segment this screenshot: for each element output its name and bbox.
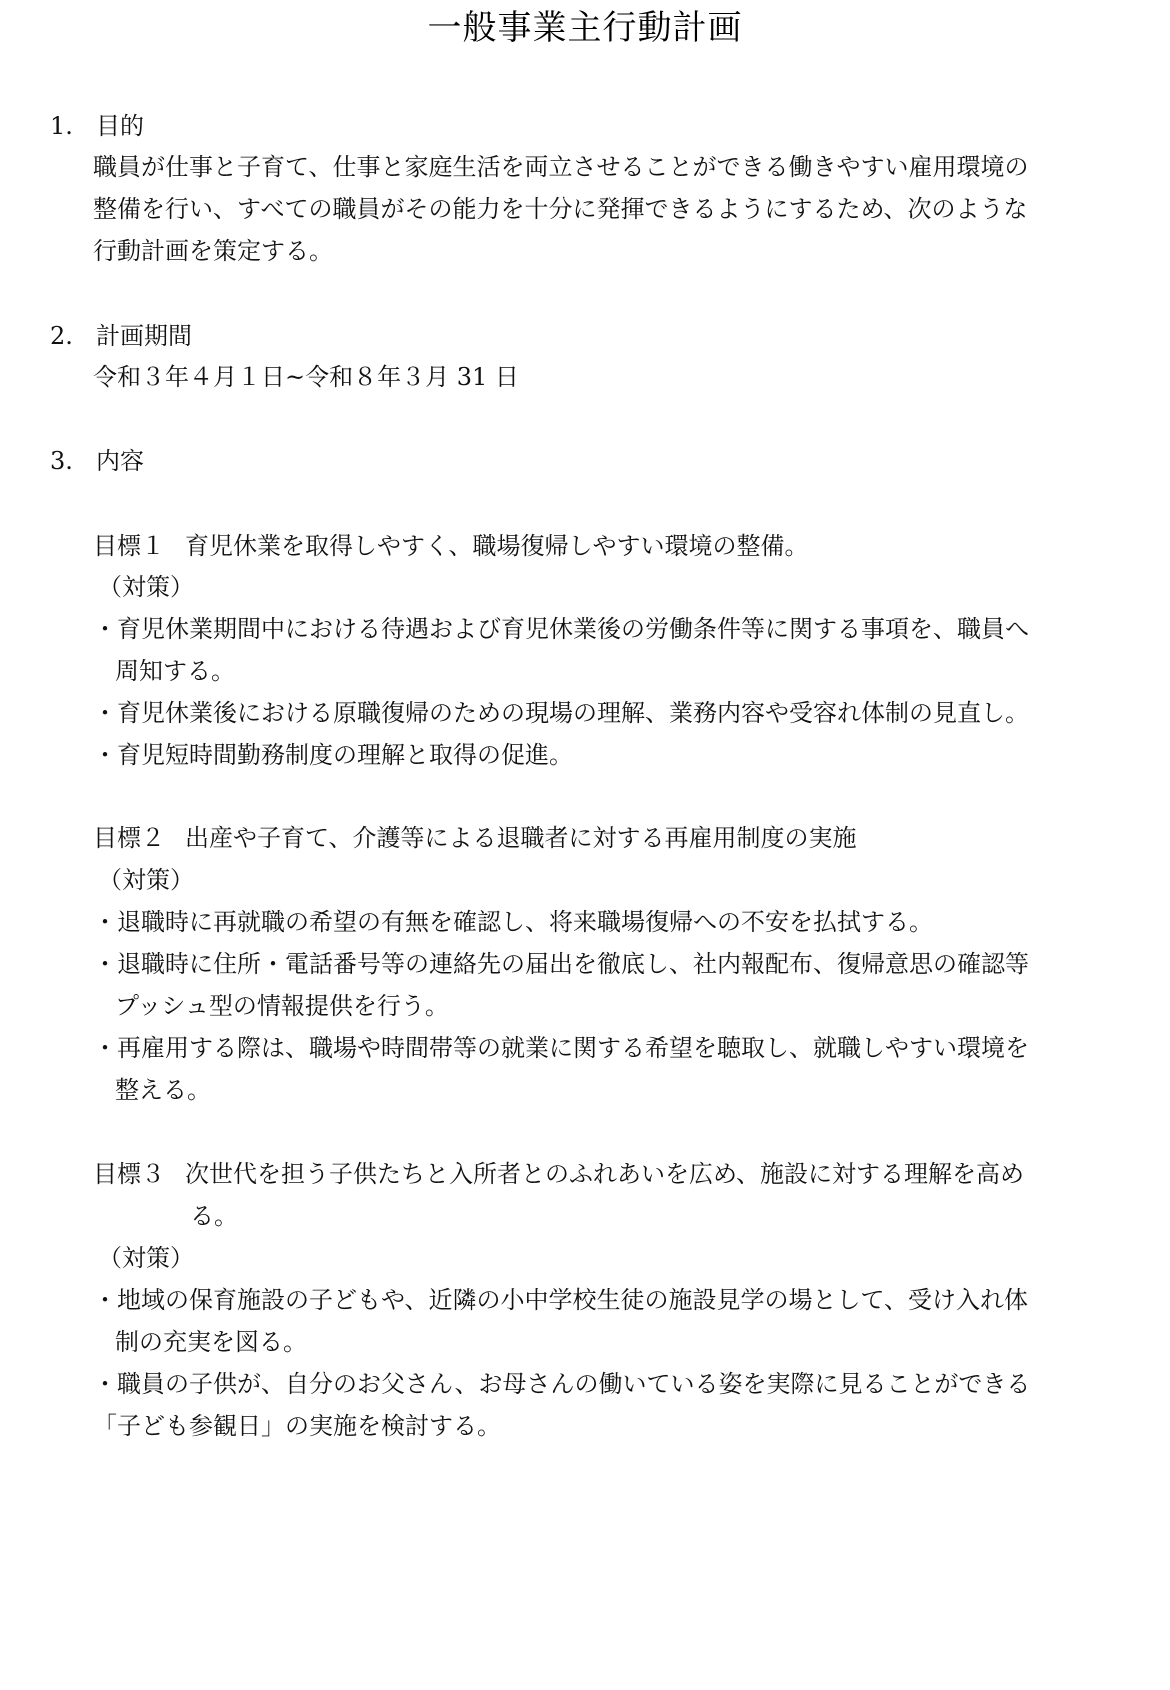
goal-2-text: 出産や子育て、介護等による退職者に対する再雇用制度の実施 xyxy=(185,822,857,854)
goal-1-label: 目標１ xyxy=(93,530,165,562)
section-3-heading: 3.内容 xyxy=(50,445,144,477)
goal-3-text: 次世代を担う子供たちと入所者とのふれあいを広め、施設に対する理解を高め xyxy=(185,1158,1024,1190)
section-1-body-line: 行動計画を策定する。 xyxy=(93,235,333,267)
goal-3-measure-cont: 「子ども参観日」の実施を検討する。 xyxy=(93,1410,501,1442)
goal-3-measure: ・地域の保育施設の子どもや、近隣の小中学校生徒の施設見学の場として、受け入れ体 xyxy=(93,1284,1028,1316)
goal-3-measure: ・職員の子供が、自分のお父さん、お母さんの働いている姿を実際に見ることができる xyxy=(93,1368,1030,1400)
document-title: 一般事業主行動計画 xyxy=(0,4,1170,52)
goal-1-measure-cont: 周知する。 xyxy=(115,655,235,687)
section-1-body-line: 職員が仕事と子育て、仕事と家庭生活を両立させることができる働きやすい雇用環境の xyxy=(93,151,1029,183)
section-1-heading: 1.目的 xyxy=(50,110,144,142)
plan-period: 令和３年４月１日~令和８年３月 31 日 xyxy=(93,361,519,393)
goal-3-label: 目標３ xyxy=(93,1158,165,1190)
section-number: 2. xyxy=(50,320,96,352)
goal-2-measure-cont: プッシュ型の情報提供を行う。 xyxy=(115,990,449,1022)
goal-2-measure: ・退職時に住所・電話番号等の連絡先の届出を徹底し、社内報配布、復帰意思の確認等 xyxy=(93,948,1029,980)
goal-1-measure: ・育児休業後における原職復帰のための現場の理解、業務内容や受容れ体制の見直し。 xyxy=(93,697,1029,729)
goal-1-measures-label: （対策） xyxy=(98,571,194,603)
goal-2-measure-cont: 整える。 xyxy=(115,1074,211,1106)
goal-3-text-cont: る。 xyxy=(190,1200,238,1232)
goal-3-measures-label: （対策） xyxy=(98,1242,194,1274)
section-1-body-line: 整備を行い、すべての職員がその能力を十分に発揮できるようにするため、次のような xyxy=(93,193,1028,225)
section-number: 1. xyxy=(50,110,96,142)
section-2-heading: 2.計画期間 xyxy=(50,320,192,352)
goal-1-text: 育児休業を取得しやすく、職場復帰しやすい環境の整備。 xyxy=(185,530,809,562)
section-number: 3. xyxy=(50,445,96,477)
goal-1-measure: ・育児短時間勤務制度の理解と取得の促進。 xyxy=(93,739,573,771)
section-heading: 目的 xyxy=(96,112,144,140)
goal-2-label: 目標２ xyxy=(93,822,165,854)
goal-1-measure: ・育児休業期間中における待遇および育児休業後の労働条件等に関する事項を、職員へ xyxy=(93,613,1029,645)
goal-2-measure: ・再雇用する際は、職場や時間帯等の就業に関する希望を聴取し、就職しやすい環境を xyxy=(93,1032,1029,1064)
goal-3-measure-cont: 制の充実を図る。 xyxy=(115,1326,307,1358)
goal-2-measure: ・退職時に再就職の希望の有無を確認し、将来職場復帰への不安を払拭する。 xyxy=(93,906,933,938)
goal-2-measures-label: （対策） xyxy=(98,864,194,896)
section-heading: 内容 xyxy=(96,447,144,475)
section-heading: 計画期間 xyxy=(96,322,192,350)
